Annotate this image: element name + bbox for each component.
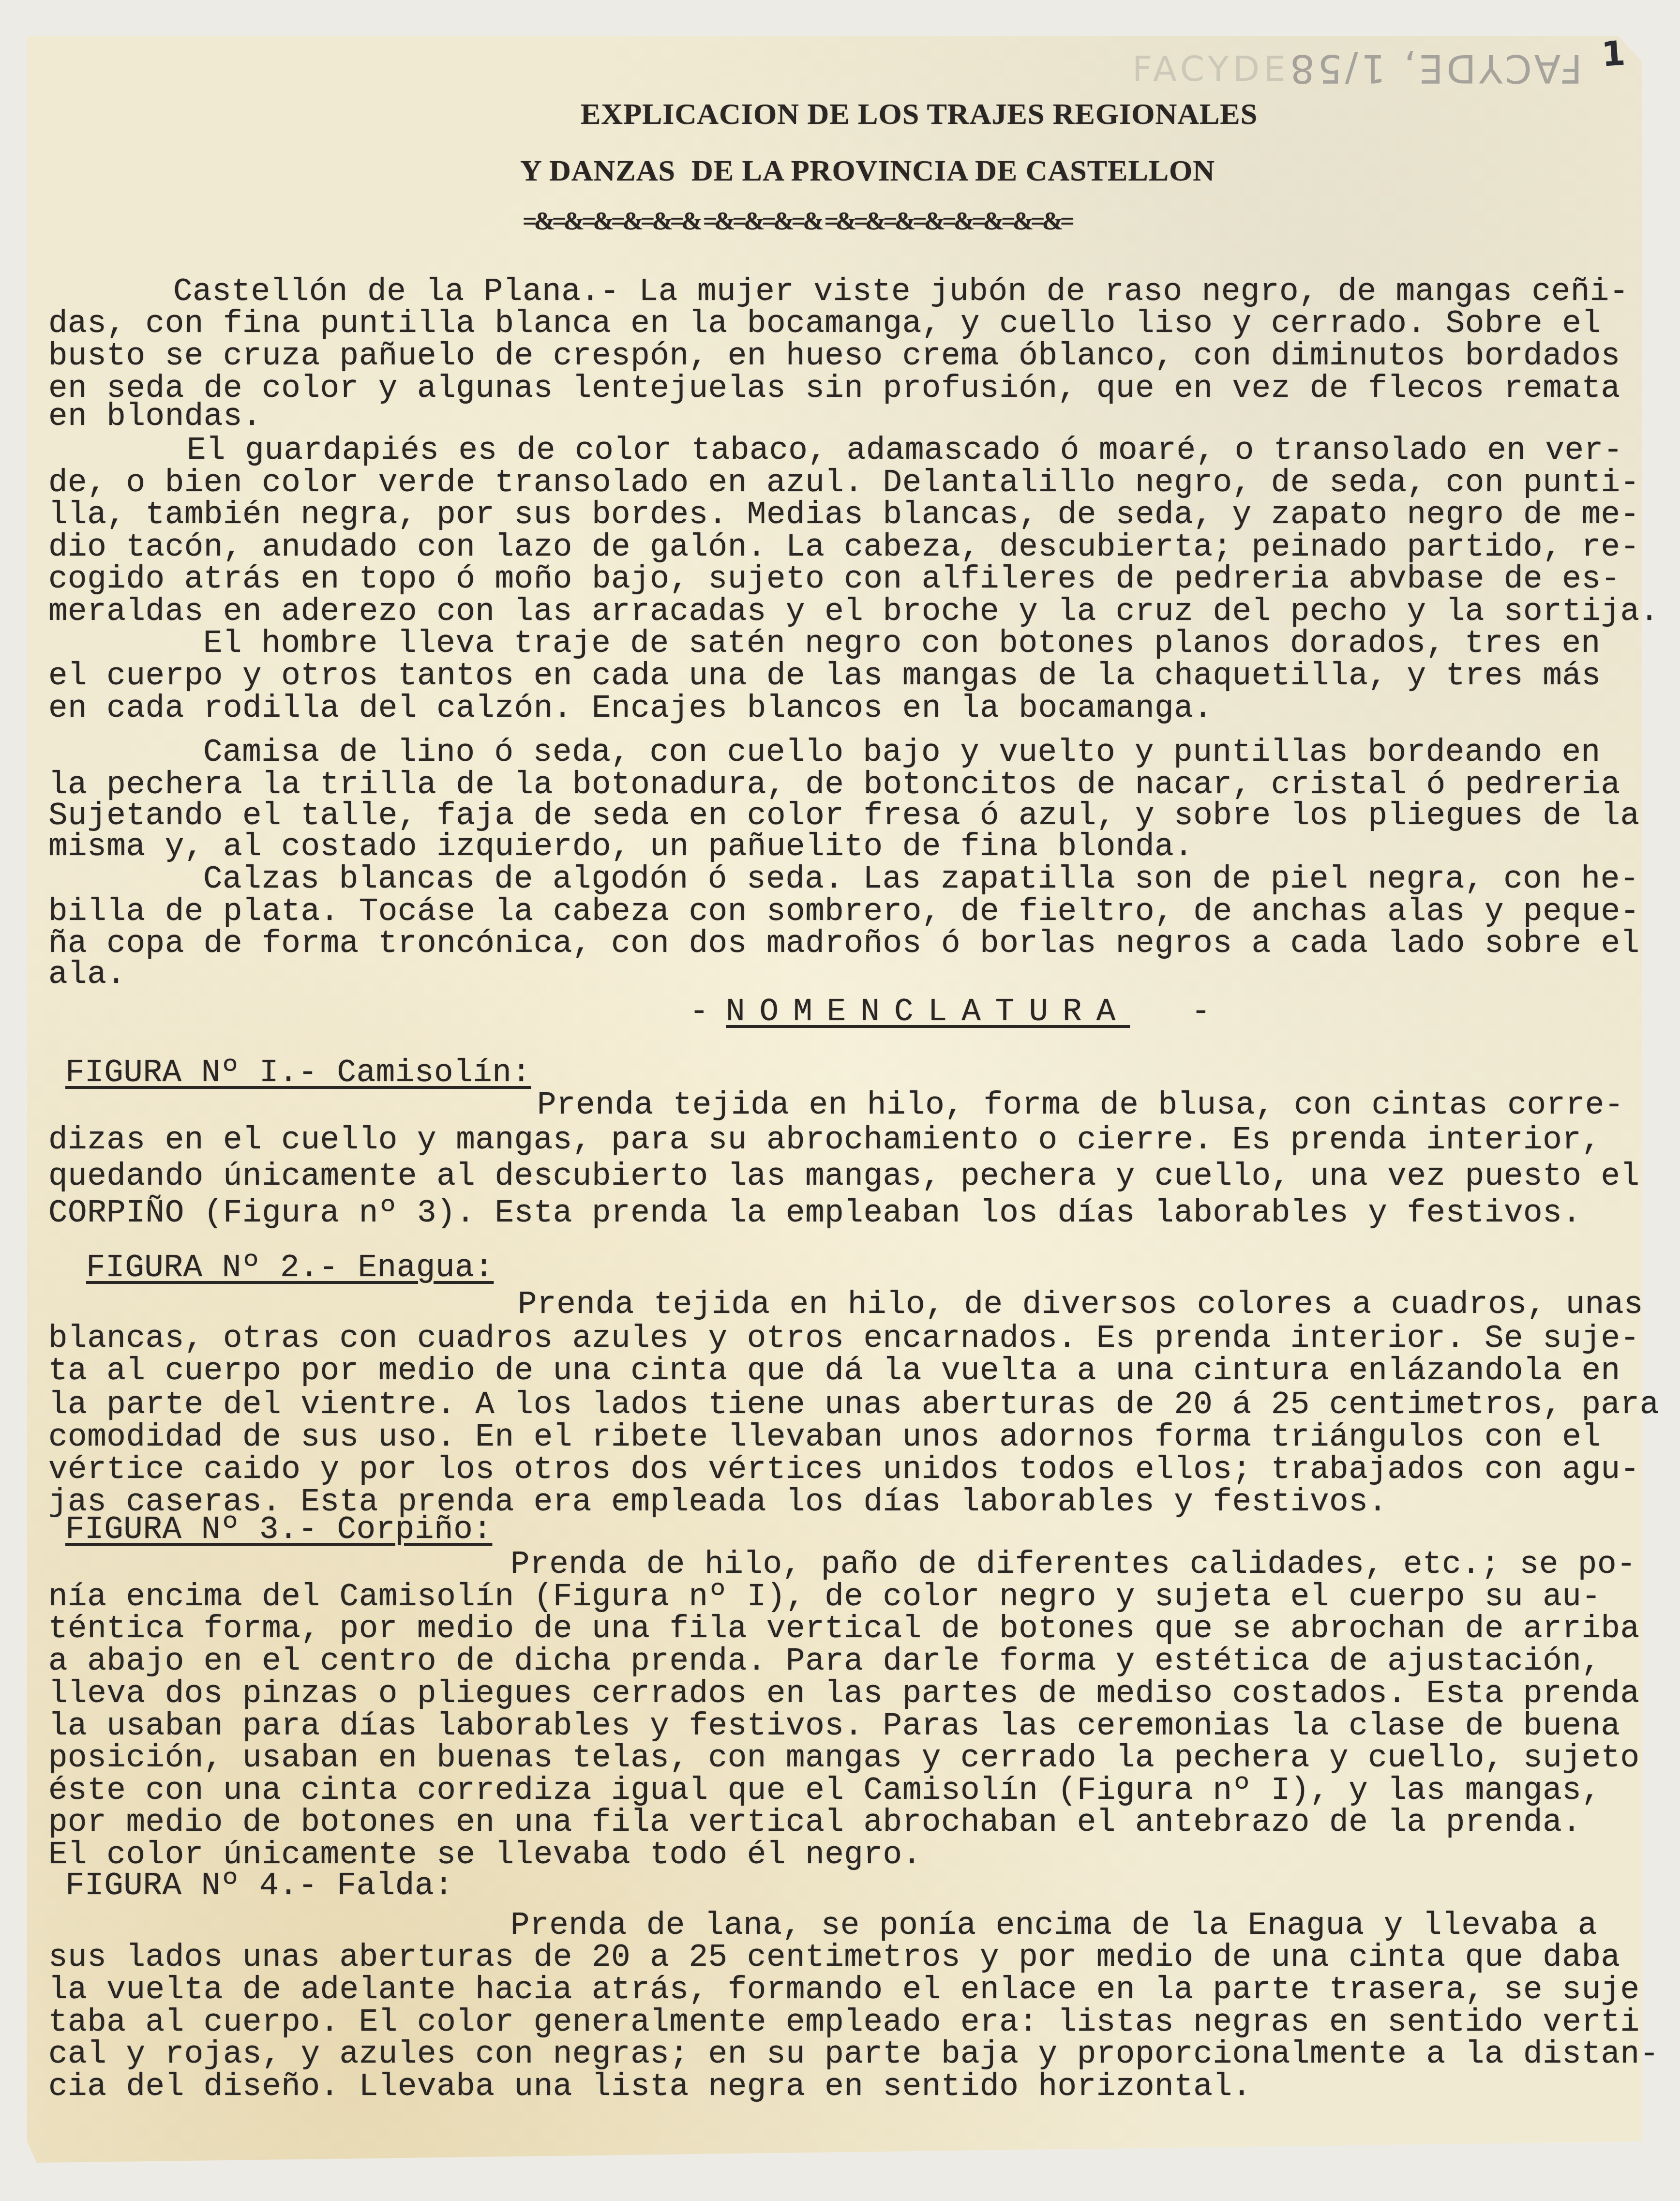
page-number: 1 [1600, 33, 1626, 74]
text-line: comodidad de sus uso. En el ribete lleva… [48, 1421, 1601, 1453]
text-line: busto se cruza pañuelo de crespón, en hu… [48, 340, 1620, 372]
text-line: nía encima del Camisolín (Figura nº I), … [48, 1581, 1601, 1613]
text-line: cal y rojas, y azules con negras; en su … [48, 2038, 1659, 2070]
text-line: lla, también negra, por sus bordes. Medi… [48, 499, 1640, 531]
figure-heading: FIGURA Nº 2.- Enagua: [86, 1252, 494, 1284]
text-line: Prenda tejida en hilo, de diversos color… [518, 1289, 1643, 1321]
text-line: en seda de color y algunas lentejuelas s… [48, 373, 1620, 405]
text-line: posición, usaban en buenas telas, con ma… [48, 1742, 1640, 1774]
text-line: Sujetando el talle, faja de seda en colo… [48, 800, 1640, 832]
text-line: sus lados unas aberturas de 20 a 25 cent… [48, 1942, 1620, 1974]
text-line: la pechera la trilla de la botonadura, d… [48, 769, 1620, 801]
text-line: ña copa de forma troncónica, con dos mad… [48, 928, 1640, 960]
text-line: El color únicamente se llevaba todo él n… [48, 1839, 922, 1871]
pencil-annotation-faint: FACYDE [1132, 48, 1290, 89]
document-title-line-1: EXPLICACION DE LOS TRAJES REGIONALES [581, 99, 1258, 129]
text-line: cogido atrás en topo ó moño bajo, sujeto… [48, 563, 1620, 595]
figure-heading: FIGURA Nº I.- Camisolín: [65, 1057, 531, 1089]
text-line: dizas en el cuello y mangas, para su abr… [48, 1124, 1601, 1156]
figure-heading: FIGURA Nº 3.- Corpiño: [65, 1514, 492, 1546]
text-line: Camisa de lino ó seda, con cuello bajo y… [203, 737, 1601, 769]
text-line: ta al cuerpo por medio de una cinta que … [48, 1355, 1620, 1387]
text-line: lleva dos pinzas o pliegues cerrados en … [48, 1678, 1640, 1710]
figure-heading: FIGURA Nº 4.- Falda: [65, 1870, 453, 1902]
nomenclatura-dash-right: - [1191, 996, 1211, 1028]
text-line: taba al cuerpo. El color generalmente em… [48, 2006, 1640, 2038]
text-line: blancas, otras con cuadros azules y otro… [48, 1323, 1640, 1355]
decorative-separator: =&=&=&=&=&=& =&=&=&=& =&=&=&=&=&=&=&=&= [523, 209, 1072, 234]
text-line: la usaban para días laborables y festivo… [48, 1710, 1620, 1742]
text-line: éste con una cinta corrediza igual que e… [48, 1775, 1601, 1807]
nomenclatura-dash-left: - [690, 996, 709, 1028]
text-line: de, o bien color verde transolado en azu… [48, 467, 1640, 499]
text-line: quedando únicamente al descubierto las m… [48, 1161, 1640, 1192]
text-line: cia del diseño. Llevaba una lista negra … [48, 2071, 1252, 2103]
text-line: billa de plata. Tocáse la cabeza con som… [48, 896, 1640, 928]
pencil-annotation: FACYDE, 1/58 [1287, 46, 1582, 91]
text-line: téntica forma, por medio de una fila ver… [48, 1613, 1640, 1645]
text-line: el cuerpo y otros tantos en cada una de … [48, 660, 1601, 692]
text-line: vértice caido y por los otros dos vértic… [48, 1454, 1640, 1486]
document-title-line-2: Y DANZAS DE LA PROVINCIA DE CASTELLON [520, 156, 1215, 186]
text-line: meraldas en aderezo con las arracadas y … [48, 596, 1659, 628]
text-line: la parte del vientre. A los lados tiene … [48, 1389, 1659, 1421]
text-line: misma y, al costado izquierdo, un pañuel… [48, 831, 1193, 863]
text-line: en cada rodilla del calzón. Encajes blan… [48, 693, 1213, 724]
text-line: la vuelta de adelante hacia atrás, forma… [48, 1974, 1640, 2006]
text-line: Prenda de hilo, paño de diferentes calid… [510, 1549, 1636, 1581]
text-line: Castellón de la Plana.- La mujer viste j… [173, 276, 1629, 308]
text-line: Prenda tejida en hilo, forma de blusa, c… [537, 1089, 1624, 1121]
text-line: Calzas blancas de algodón ó seda. Las za… [203, 863, 1639, 895]
text-line: por medio de botones en una fila vertica… [48, 1807, 1581, 1839]
text-line: dio tacón, anudado con lazo de galón. La… [48, 531, 1640, 563]
text-line: El guardapiés es de color tabaco, adamas… [187, 435, 1623, 467]
text-line: a abajo en el centro de dicha prenda. Pa… [48, 1645, 1601, 1677]
text-line: Prenda de lana, se ponía encima de la En… [510, 1910, 1597, 1942]
text-line: en blondas. [48, 401, 262, 433]
nomenclatura-heading: NOMENCLATURA [726, 996, 1130, 1028]
text-line: El hombre lleva traje de satén negro con… [203, 628, 1601, 660]
text-line: CORPIÑO (Figura nº 3). Esta prenda la em… [48, 1197, 1581, 1229]
text-line: das, con fina puntilla blanca en la boca… [48, 308, 1601, 340]
text-line: ala. [48, 959, 126, 991]
